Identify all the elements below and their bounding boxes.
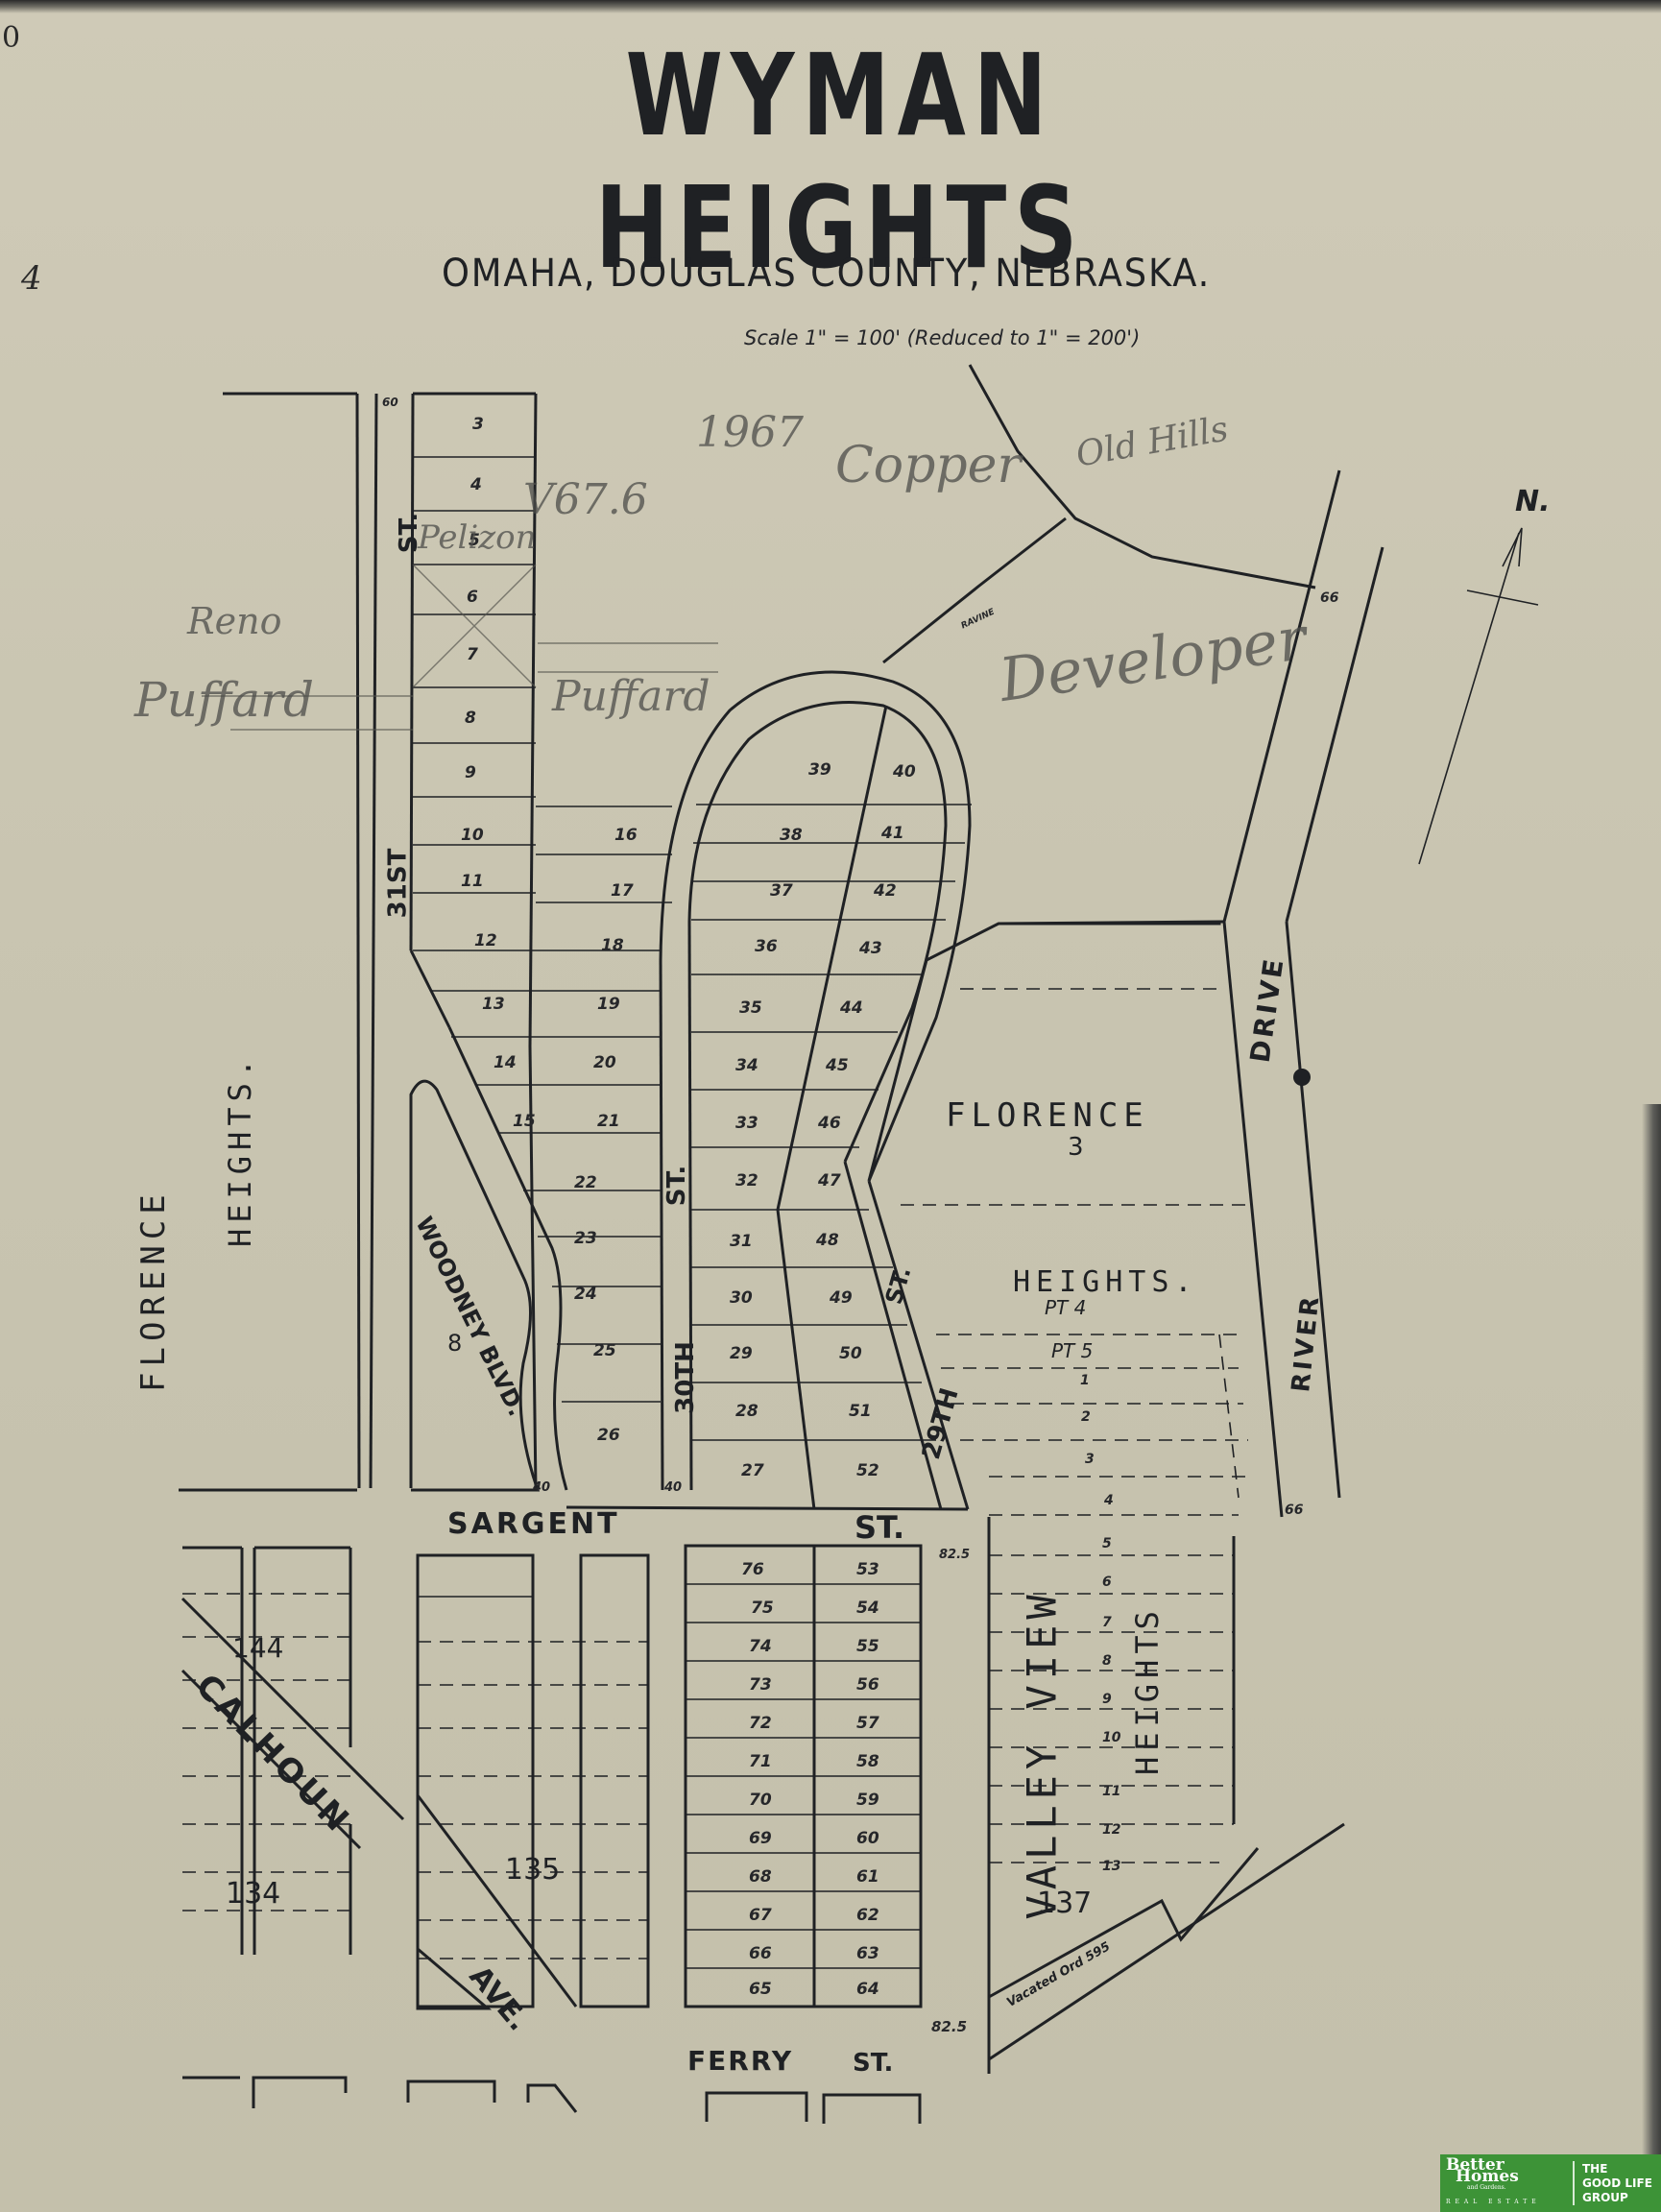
pencil-note-puffard-center: Puffard xyxy=(552,672,710,721)
lot-14: 14 xyxy=(493,1053,517,1072)
lot-23: 23 xyxy=(574,1229,597,1248)
brokerage-logo: Better Homes and Gardens. REAL ESTATE TH… xyxy=(1440,2154,1661,2212)
lot-30: 30 xyxy=(730,1288,753,1308)
lot-57: 57 xyxy=(856,1714,879,1733)
block-number-135: 135 xyxy=(505,1853,560,1887)
valley-lot-4: 4 xyxy=(1104,1493,1114,1508)
lot-44: 44 xyxy=(840,998,863,1018)
dimension-66-mid: 66 xyxy=(1285,1503,1303,1518)
block-number-144: 144 xyxy=(232,1632,283,1664)
lot-18: 18 xyxy=(601,936,624,955)
logo-divider xyxy=(1573,2161,1575,2205)
street-label-ferry-suffix: ST. xyxy=(853,2049,893,2078)
pencil-note-1967: 1967 xyxy=(696,408,804,457)
lot-19: 19 xyxy=(597,995,620,1014)
lot-50: 50 xyxy=(839,1344,862,1363)
pencil-note-pelizon: Pelizon xyxy=(418,518,537,557)
lot-63: 63 xyxy=(856,1944,879,1963)
lot-60: 60 xyxy=(856,1829,879,1848)
lot-8: 8 xyxy=(465,709,476,728)
lot-7: 7 xyxy=(467,645,478,664)
block-number-137: 137 xyxy=(1037,1887,1092,1920)
subdivision-label-florence-left: FLORENCE xyxy=(134,1189,173,1392)
pencil-note-copper: Copper xyxy=(835,437,1021,494)
lot-67: 67 xyxy=(749,1906,772,1925)
north-arrow-label: N. xyxy=(1515,485,1551,518)
dimension-60: 60 xyxy=(382,396,398,409)
valley-lot-9: 9 xyxy=(1102,1692,1112,1707)
subdivision-label-pt5: PT 5 xyxy=(1051,1339,1093,1362)
lot-34: 34 xyxy=(735,1056,758,1075)
valley-lot-10: 10 xyxy=(1102,1730,1120,1745)
subdivision-label-heights-vertical: HEIGHTS xyxy=(1129,1605,1166,1775)
lot-38: 38 xyxy=(780,826,803,845)
lot-37: 37 xyxy=(770,881,793,901)
valley-lot-7: 7 xyxy=(1102,1615,1112,1630)
valley-lot-2: 2 xyxy=(1081,1409,1091,1425)
lot-49: 49 xyxy=(830,1288,853,1308)
lot-76: 76 xyxy=(741,1560,764,1579)
block-number-134: 134 xyxy=(226,1877,280,1911)
lot-16: 16 xyxy=(614,826,638,845)
lot-25: 25 xyxy=(593,1341,616,1360)
lot-35: 35 xyxy=(739,998,762,1018)
lot-21: 21 xyxy=(597,1112,620,1131)
pencil-note-reno: Reno xyxy=(187,600,281,642)
valley-lot-3: 3 xyxy=(1085,1452,1095,1467)
lot-29: 29 xyxy=(730,1344,753,1363)
lot-72: 72 xyxy=(749,1714,772,1733)
lot-70: 70 xyxy=(749,1791,772,1810)
subdivision-label-heights-right: HEIGHTS. xyxy=(1013,1265,1198,1299)
lot-43: 43 xyxy=(859,939,882,958)
dimension-82-5-top: 82.5 xyxy=(939,1548,970,1562)
lot-4: 4 xyxy=(470,475,482,494)
lot-39: 39 xyxy=(808,760,831,780)
lot-9: 9 xyxy=(465,763,476,782)
lot-71: 71 xyxy=(749,1752,772,1771)
block-number-8: 8 xyxy=(447,1330,462,1357)
valley-lot-8: 8 xyxy=(1102,1653,1112,1669)
lot-47: 47 xyxy=(818,1171,841,1190)
street-label-sargent-suffix: ST. xyxy=(855,1509,904,1546)
lot-22: 22 xyxy=(574,1173,597,1192)
dimension-82-5-bottom: 82.5 xyxy=(931,2018,967,2035)
subdivision-label-heights-left: HEIGHTS. xyxy=(222,1053,258,1247)
lot-56: 56 xyxy=(856,1675,879,1695)
lot-52: 52 xyxy=(856,1461,879,1480)
lot-74: 74 xyxy=(749,1637,772,1656)
lot-61: 61 xyxy=(856,1867,879,1887)
lot-68: 68 xyxy=(749,1867,772,1887)
lot-31: 31 xyxy=(730,1232,753,1251)
lot-12: 12 xyxy=(474,931,497,950)
lot-17: 17 xyxy=(611,881,634,901)
lot-41: 41 xyxy=(881,824,904,843)
subdivision-label-florence-right: FLORENCE xyxy=(946,1096,1149,1135)
lot-36: 36 xyxy=(755,937,778,956)
lot-40: 40 xyxy=(893,762,916,781)
subdivision-label-valley-view: VALLEY VIEW xyxy=(1019,1589,1066,1919)
lot-32: 32 xyxy=(735,1171,758,1190)
valley-lot-12: 12 xyxy=(1102,1822,1120,1838)
valley-lot-13: 13 xyxy=(1102,1859,1120,1874)
street-label-sargent: SARGENT xyxy=(447,1507,620,1541)
lot-3: 3 xyxy=(472,415,484,434)
subdivision-label-pt4: PT 4 xyxy=(1045,1296,1086,1319)
lot-20: 20 xyxy=(593,1053,616,1072)
dimension-sargent-40a: 40 xyxy=(533,1480,550,1495)
lot-54: 54 xyxy=(856,1599,879,1618)
lot-64: 64 xyxy=(856,1980,879,1999)
lot-48: 48 xyxy=(816,1231,839,1250)
lot-13: 13 xyxy=(482,995,505,1014)
lot-15: 15 xyxy=(513,1112,536,1131)
lot-75: 75 xyxy=(751,1599,774,1618)
pencil-note-puffard-left: Puffard xyxy=(134,672,314,728)
lot-27: 27 xyxy=(741,1461,764,1480)
lot-55: 55 xyxy=(856,1637,879,1656)
lot-46: 46 xyxy=(818,1114,841,1133)
lot-62: 62 xyxy=(856,1906,879,1925)
lot-26: 26 xyxy=(597,1426,620,1445)
good-life-group-logo: THE GOOD LIFE GROUP xyxy=(1582,2162,1652,2205)
lot-53: 53 xyxy=(856,1560,879,1579)
pencil-note-v67: V67.6 xyxy=(523,475,648,524)
street-label-31st: 31ST xyxy=(383,849,412,919)
lot-10: 10 xyxy=(461,826,484,845)
valley-lot-5: 5 xyxy=(1102,1536,1112,1551)
valley-lot-11: 11 xyxy=(1102,1784,1120,1799)
lot-66: 66 xyxy=(749,1944,772,1963)
street-label-ferry: FERRY xyxy=(687,2045,793,2077)
better-homes-logo: Better Homes and Gardens. REAL ESTATE xyxy=(1440,2159,1571,2208)
lot-42: 42 xyxy=(874,881,897,901)
lot-45: 45 xyxy=(826,1056,849,1075)
lot-28: 28 xyxy=(735,1402,758,1421)
lot-69: 69 xyxy=(749,1829,772,1848)
subdivision-label-florence-number: 3 xyxy=(1068,1133,1084,1162)
lot-11: 11 xyxy=(461,872,484,891)
lot-59: 59 xyxy=(856,1791,879,1810)
dimension-66-top: 66 xyxy=(1320,590,1338,606)
valley-lot-6: 6 xyxy=(1102,1575,1112,1590)
dimension-sargent-40b: 40 xyxy=(664,1480,682,1495)
lot-58: 58 xyxy=(856,1752,879,1771)
lot-73: 73 xyxy=(749,1675,772,1695)
lot-6: 6 xyxy=(467,588,478,607)
lot-51: 51 xyxy=(849,1402,872,1421)
street-label-30th: 30TH xyxy=(671,1341,700,1414)
valley-lot-1: 1 xyxy=(1080,1373,1090,1388)
lot-24: 24 xyxy=(574,1285,597,1304)
lot-33: 33 xyxy=(735,1114,758,1133)
lot-65: 65 xyxy=(749,1980,772,1999)
street-label-30th-suffix: ST. xyxy=(662,1166,691,1206)
